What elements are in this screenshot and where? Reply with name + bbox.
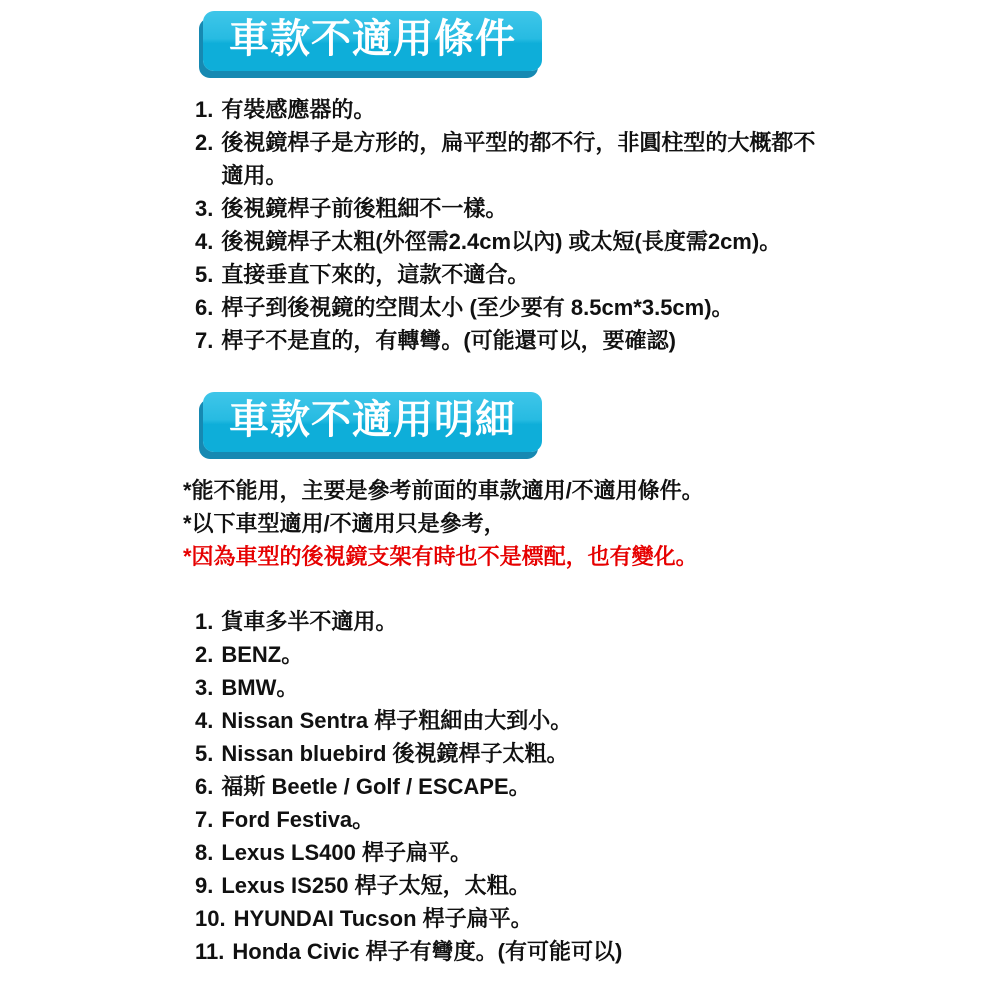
item-text: 後視鏡桿子前後粗細不一樣。 [221,192,833,225]
list-item: 4. Nissan Sentra 桿子粗細由大到小。 [183,704,843,737]
item-text: BMW。 [221,671,833,704]
list-item: 1. 貨車多半不適用。 [183,605,843,638]
item-number: 11. [195,935,224,968]
item-text: 桿子不是直的，有轉彎。(可能還可以，要確認) [221,324,833,357]
item-number: 1. [195,93,213,126]
item-number: 5. [195,258,213,291]
notes-block: *能不能用，主要是參考前面的車款適用/不適用條件。 *以下車型適用/不適用只是參… [183,474,843,573]
note-line: *以下車型適用/不適用只是參考， [183,507,843,540]
item-number: 5. [195,737,213,770]
header-badge-conditions: 車款不適用條件 [203,11,542,71]
list-item: 6. 福斯 Beetle / Golf / ESCAPE。 [183,770,843,803]
item-text: BENZ。 [221,638,833,671]
item-text: Nissan bluebird 後視鏡桿子太粗。 [221,737,833,770]
item-text: 貨車多半不適用。 [221,605,833,638]
item-text: Honda Civic 桿子有彎度。(有可能可以) [232,935,843,968]
list-item: 5. Nissan bluebird 後視鏡桿子太粗。 [183,737,843,770]
item-number: 2. [195,638,213,671]
list-item: 2. BENZ。 [183,638,843,671]
details-list: 1. 貨車多半不適用。 2. BENZ。 3. BMW。 4. Nissan S… [183,605,843,968]
page-content: 車款不適用條件 1. 有裝感應器的。 2. 後視鏡桿子是方形的，扁平型的都不行，… [0,0,843,968]
list-item: 9. Lexus IS250 桿子太短，太粗。 [183,869,843,902]
item-text: 後視鏡桿子太粗(外徑需2.4cm以內) 或太短(長度需2cm)。 [221,225,833,258]
item-text: Lexus LS400 桿子扁平。 [221,836,833,869]
list-item: 11. Honda Civic 桿子有彎度。(有可能可以) [183,935,843,968]
item-text: 桿子到後視鏡的空間太小 (至少要有 8.5cm*3.5cm)。 [221,291,833,324]
item-number: 7. [195,324,213,357]
note-line-red: *因為車型的後視鏡支架有時也不是標配，也有變化。 [183,540,843,573]
list-item: 1. 有裝感應器的。 [183,93,843,126]
item-text: Lexus IS250 桿子太短，太粗。 [221,869,833,902]
list-item: 5. 直接垂直下來的，這款不適合。 [183,258,843,291]
list-item: 10. HYUNDAI Tucson 桿子扁平。 [183,902,843,935]
item-number: 1. [195,605,213,638]
item-text: HYUNDAI Tucson 桿子扁平。 [234,902,843,935]
header-badge-details: 車款不適用明細 [203,392,542,452]
conditions-list: 1. 有裝感應器的。 2. 後視鏡桿子是方形的，扁平型的都不行，非圓柱型的大概都… [183,93,843,357]
item-number: 2. [195,126,213,192]
item-number: 3. [195,192,213,225]
item-text: Ford Festiva。 [221,803,833,836]
item-text: 有裝感應器的。 [221,93,833,126]
list-item: 7. 桿子不是直的，有轉彎。(可能還可以，要確認) [183,324,843,357]
item-number: 4. [195,704,213,737]
list-item: 6. 桿子到後視鏡的空間太小 (至少要有 8.5cm*3.5cm)。 [183,291,843,324]
item-number: 10. [195,902,226,935]
item-text: 直接垂直下來的，這款不適合。 [221,258,833,291]
item-text: 後視鏡桿子是方形的，扁平型的都不行，非圓柱型的大概都不適用。 [221,126,833,192]
item-number: 3. [195,671,213,704]
item-number: 6. [195,291,213,324]
item-number: 7. [195,803,213,836]
list-item: 3. 後視鏡桿子前後粗細不一樣。 [183,192,843,225]
note-line: *能不能用，主要是參考前面的車款適用/不適用條件。 [183,474,843,507]
list-item: 2. 後視鏡桿子是方形的，扁平型的都不行，非圓柱型的大概都不適用。 [183,126,843,192]
item-number: 8. [195,836,213,869]
list-item: 3. BMW。 [183,671,843,704]
item-number: 4. [195,225,213,258]
list-item: 7. Ford Festiva。 [183,803,843,836]
details-section: 車款不適用明細 [183,392,843,452]
item-text: Nissan Sentra 桿子粗細由大到小。 [221,704,833,737]
item-text: 福斯 Beetle / Golf / ESCAPE。 [221,770,833,803]
list-item: 4. 後視鏡桿子太粗(外徑需2.4cm以內) 或太短(長度需2cm)。 [183,225,843,258]
item-number: 9. [195,869,213,902]
list-item: 8. Lexus LS400 桿子扁平。 [183,836,843,869]
item-number: 6. [195,770,213,803]
